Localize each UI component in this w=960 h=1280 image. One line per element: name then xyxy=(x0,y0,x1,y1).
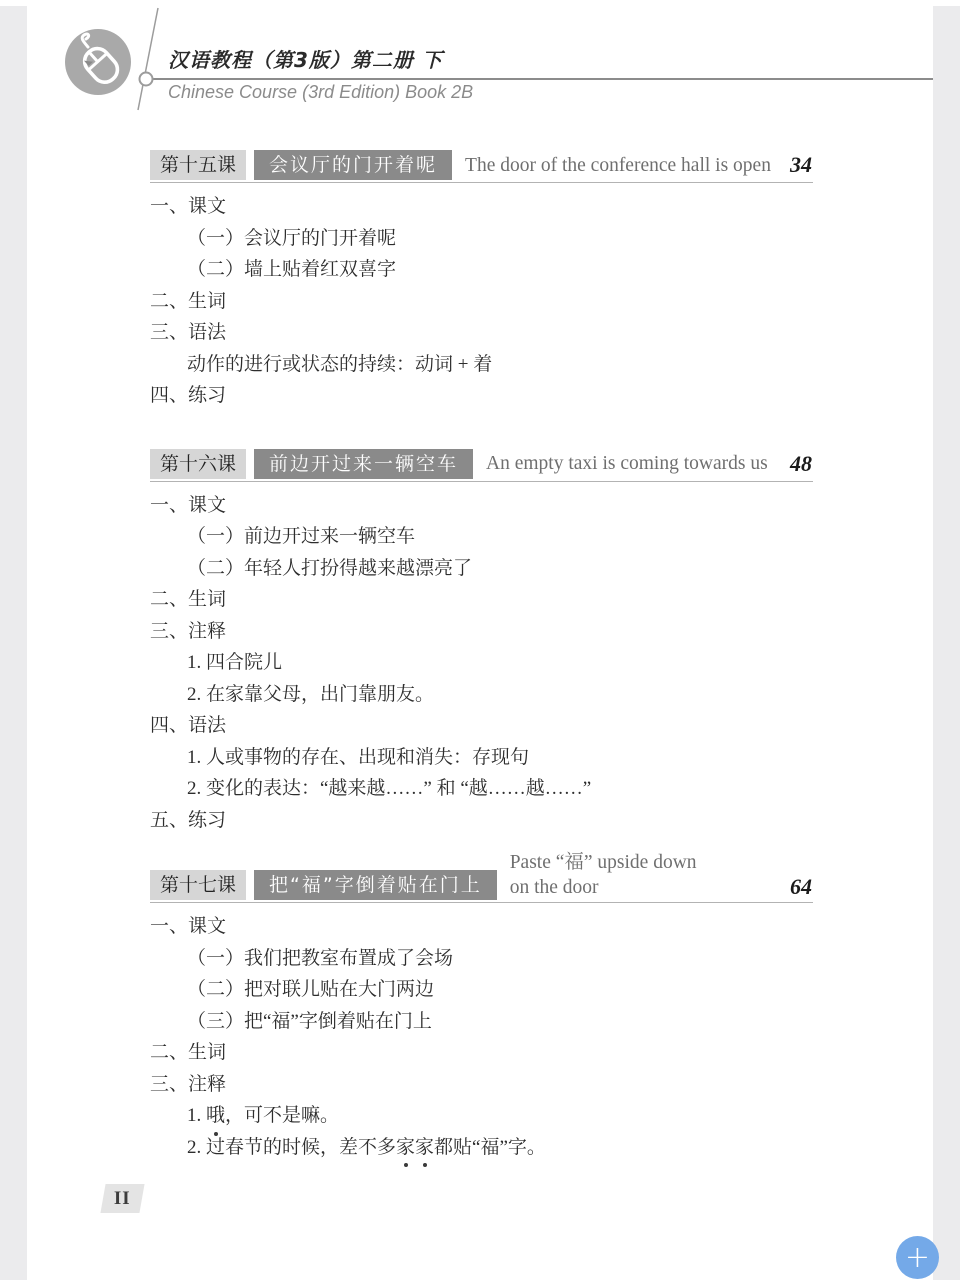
toc-line: 二、生词 xyxy=(150,584,813,616)
book-title-english: Chinese Course (3rd Edition) Book 2B xyxy=(168,82,473,103)
toc-line: 四、练习 xyxy=(150,380,813,412)
toc-line: 四、语法 xyxy=(150,710,813,742)
toc-line: 动作的进行或状态的持续：动词 + 着 xyxy=(150,349,813,381)
lesson-title-english-line1: Paste “福” upside down xyxy=(510,850,697,875)
toc-line: 二、生词 xyxy=(150,1037,813,1069)
lesson-section-17: 第十七课 把“福”字倒着贴在门上 Paste “福” upside down o… xyxy=(150,850,813,1163)
lesson-title-english: An empty taxi is coming towards us xyxy=(486,451,768,476)
toc-line: 一、课文 xyxy=(150,490,813,522)
toc-line: 一、课文 xyxy=(150,191,813,223)
toc-line: 2. 在家靠父母，出门靠朋友。 xyxy=(150,679,813,711)
lesson-header: 第十六课 前边开过来一辆空车 An empty taxi is coming t… xyxy=(150,449,813,482)
lesson-number-badge: 第十五课 xyxy=(150,150,246,180)
toc-line: （二）把对联儿贴在大门两边 xyxy=(150,974,813,1006)
lesson-items: 一、课文（一）前边开过来一辆空车（二）年轻人打扮得越来越漂亮了二、生词三、注释1… xyxy=(150,482,813,837)
toc-line: （一）前边开过来一辆空车 xyxy=(150,521,813,553)
toc-line: 三、注释 xyxy=(150,1069,813,1101)
lesson-header: 第十七课 把“福”字倒着贴在门上 Paste “福” upside down o… xyxy=(150,850,813,903)
toc-line: （一）我们把教室布置成了会场 xyxy=(150,943,813,975)
toc-line: 1. 人或事物的存在、出现和消失：存现句 xyxy=(150,742,813,774)
lesson-section-16: 第十六课 前边开过来一辆空车 An empty taxi is coming t… xyxy=(150,449,813,837)
page-number-badge: II xyxy=(100,1184,144,1213)
toc-line: 三、语法 xyxy=(150,317,813,349)
toc-line: 三、注释 xyxy=(150,616,813,648)
left-margin-strip xyxy=(0,6,27,1280)
lesson-number-badge: 第十七课 xyxy=(150,870,246,900)
header-divider-lines xyxy=(0,0,960,120)
lesson-title-badge: 前边开过来一辆空车 xyxy=(254,449,473,479)
lesson-page-number: 64 xyxy=(790,874,813,900)
page-number: II xyxy=(114,1188,131,1210)
lesson-title-badge: 把“福”字倒着贴在门上 xyxy=(254,870,497,900)
add-button[interactable]: + xyxy=(896,1236,939,1279)
toc-line: （一）会议厅的门开着呢 xyxy=(150,223,813,255)
lesson-section-15: 第十五课 会议厅的门开着呢 The door of the conference… xyxy=(150,150,813,412)
toc-line: 2. 过春节的时候，差不多家家都贴“福”字。 xyxy=(150,1132,813,1164)
toc-line: 五、练习 xyxy=(150,805,813,837)
toc-line: （二）年轻人打扮得越来越漂亮了 xyxy=(150,553,813,585)
mouse-icon xyxy=(63,27,133,97)
toc-line: 一、课文 xyxy=(150,911,813,943)
table-of-contents: 第十五课 会议厅的门开着呢 The door of the conference… xyxy=(150,150,813,1163)
lesson-title-badge: 会议厅的门开着呢 xyxy=(254,150,452,180)
lesson-number-badge: 第十六课 xyxy=(150,449,246,479)
book-title-chinese: 汉语教程（第3版）第二册 下 xyxy=(168,44,443,73)
toc-line: 1. 四合院儿 xyxy=(150,647,813,679)
lesson-header: 第十五课 会议厅的门开着呢 The door of the conference… xyxy=(150,150,813,183)
toc-line: （二）墙上贴着红双喜字 xyxy=(150,254,813,286)
plus-icon: + xyxy=(905,1240,930,1275)
right-margin-strip xyxy=(933,6,960,1280)
toc-line: 1. 哦，可不是嘛。 xyxy=(150,1100,813,1132)
page-header: 汉语教程（第3版）第二册 下 Chinese Course (3rd Editi… xyxy=(0,0,960,120)
lesson-page-number: 34 xyxy=(790,152,813,178)
toc-line: 2. 变化的表达：“越来越……” 和 “越……越……” xyxy=(150,773,813,805)
toc-line: 二、生词 xyxy=(150,286,813,318)
lesson-items: 一、课文（一）会议厅的门开着呢（二）墙上贴着红双喜字二、生词三、语法动作的进行或… xyxy=(150,183,813,412)
lesson-title-english: The door of the conference hall is open xyxy=(465,153,771,178)
lesson-title-english: Paste “福” upside down on the door xyxy=(510,850,697,900)
book-page: 汉语教程（第3版）第二册 下 Chinese Course (3rd Editi… xyxy=(0,0,960,1280)
lesson-page-number: 48 xyxy=(790,451,813,477)
lesson-items: 一、课文（一）我们把教室布置成了会场（二）把对联儿贴在大门两边（三）把“福”字倒… xyxy=(150,903,813,1163)
lesson-title-english-line2: on the door xyxy=(510,875,697,900)
toc-line: （三）把“福”字倒着贴在门上 xyxy=(150,1006,813,1038)
